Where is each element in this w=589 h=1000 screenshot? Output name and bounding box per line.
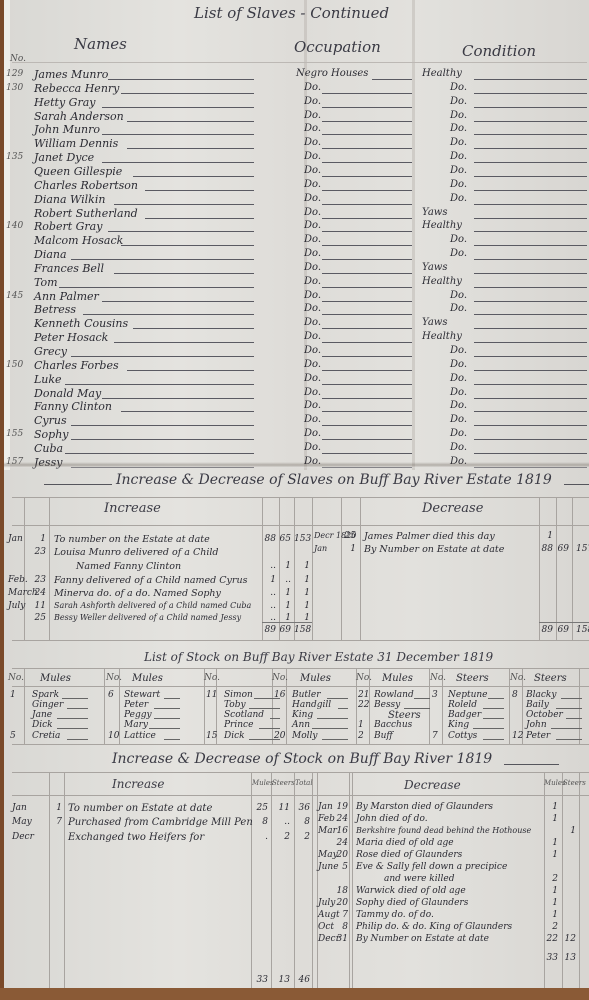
occupation-rule xyxy=(322,176,412,177)
stock-no-header: No. xyxy=(106,673,122,683)
condition-rule xyxy=(474,328,587,329)
entry-value: 153 xyxy=(294,534,310,544)
occupation-rule xyxy=(322,384,412,385)
entry-value: 1 xyxy=(279,588,291,598)
slave-row: 135Janet DyceDo.Do. xyxy=(4,151,589,166)
slave-occupation: Do. xyxy=(304,400,321,411)
names-header: Names xyxy=(74,35,127,53)
name-rule xyxy=(483,739,504,740)
name-rule xyxy=(83,314,254,315)
slave-condition: Do. xyxy=(450,193,467,204)
stock-animal-name: Roleld xyxy=(448,700,477,710)
entry-text: Eve & Sally fell down a precipice xyxy=(356,862,507,872)
stock-number: 5 xyxy=(10,731,16,741)
slave-occupation: Negro Houses xyxy=(296,68,368,79)
title-dash xyxy=(504,764,559,765)
row-rule xyxy=(12,686,589,687)
steers-col-header: Steers xyxy=(563,779,586,787)
stock-animal-name: Cottys xyxy=(448,731,477,741)
slave-row: 155SophyDo.Do. xyxy=(4,428,589,443)
slave-name: Janet Dyce xyxy=(34,151,94,164)
stock-no-header: No. xyxy=(272,673,288,683)
entry-value: 1 xyxy=(262,575,276,585)
stock-animal-name: King xyxy=(448,720,469,730)
entry-value: 69 xyxy=(556,544,569,554)
entry-day: 19 xyxy=(334,802,348,812)
entry-value: 1 xyxy=(562,826,576,836)
stock-animal-name: Baily xyxy=(526,700,549,710)
entry-text: By Number on Estate at date xyxy=(364,544,504,555)
occupation-rule xyxy=(322,287,412,288)
total-value: 158 xyxy=(294,625,310,635)
slaves-increase-header: Increase xyxy=(104,501,161,516)
entry-month: Decr xyxy=(12,832,34,842)
condition-rule xyxy=(474,384,587,385)
entry-day: 24 xyxy=(334,814,348,824)
stock-animal-name: Toby xyxy=(224,700,246,710)
entry-day: 23 xyxy=(28,575,46,585)
entry-day: 20 xyxy=(334,898,348,908)
entry-text: Exchanged two Heifers for xyxy=(68,832,204,843)
total-col-header: Total xyxy=(295,779,313,787)
entry-month: July xyxy=(318,898,335,908)
row-rule xyxy=(12,744,589,745)
occupation-rule xyxy=(322,370,412,371)
name-rule xyxy=(102,107,254,108)
slave-row: Hetty GrayDo.Do. xyxy=(4,96,589,111)
stock-column-header: Steers xyxy=(534,673,567,684)
mules-col-header: Mules xyxy=(252,779,274,787)
stock-number: 12 xyxy=(512,731,523,741)
stock-animal-name: Butler xyxy=(292,690,321,700)
slave-occupation: Do. xyxy=(304,331,321,342)
entry-day: 23 xyxy=(28,547,46,557)
occupation-rule xyxy=(322,148,412,149)
slave-name: Donald May xyxy=(34,387,101,400)
occupation-rule xyxy=(322,398,412,399)
name-rule xyxy=(57,728,88,729)
occupation-rule xyxy=(322,439,412,440)
entry-text: Purchased from Cambridge Mill Pen xyxy=(68,817,253,828)
stock-number: 21 xyxy=(358,690,369,700)
slave-row: Sarah AndersonDo.Do. xyxy=(4,110,589,125)
stock-column-header: Steers xyxy=(456,673,489,684)
name-rule xyxy=(154,718,180,719)
column-rule xyxy=(539,498,540,640)
entry-text: Maria died of old age xyxy=(356,838,454,848)
stock-animal-name: Bacchus xyxy=(374,720,412,730)
slave-occupation: Do. xyxy=(304,165,321,176)
condition-rule xyxy=(474,314,587,315)
slave-row: Donald MayDo.Do. xyxy=(4,387,589,402)
entry-day: 7 xyxy=(334,910,348,920)
stock-decrease-header: Decrease xyxy=(404,778,461,792)
entry-value: 36 xyxy=(294,803,310,813)
slave-occupation: Do. xyxy=(304,220,321,231)
entry-month: Jan xyxy=(314,544,327,553)
name-rule xyxy=(121,93,254,94)
slave-name: Charles Robertson xyxy=(34,179,138,192)
entry-month: Jan xyxy=(12,803,27,813)
entry-day: 25 xyxy=(28,613,46,623)
slave-condition: Healthy xyxy=(422,220,462,231)
entry-value: 1 xyxy=(544,814,558,824)
slaves-inc-dec-title: Increase & Decrease of Slaves on Buff Ba… xyxy=(116,472,552,488)
column-rule xyxy=(360,498,361,640)
condition-rule xyxy=(474,107,587,108)
stock-animal-name: Bessy xyxy=(374,700,400,710)
stock-column-header: Mules xyxy=(300,673,331,684)
condition-rule xyxy=(474,287,587,288)
occupation-rule xyxy=(322,259,412,260)
slave-number: 150 xyxy=(6,360,28,370)
slave-name: Luke xyxy=(34,373,62,386)
total-value: 89 xyxy=(539,625,553,635)
entry-day: 24 xyxy=(28,588,46,598)
entry-month: Oct xyxy=(318,922,334,932)
row-rule xyxy=(12,795,589,796)
stock-number: 8 xyxy=(512,690,518,700)
name-rule xyxy=(414,698,430,699)
table-surface xyxy=(0,988,589,1000)
slave-row: 150Charles ForbesDo.Do. xyxy=(4,359,589,374)
stock-animal-name: John xyxy=(526,720,547,730)
slave-row: Kenneth CousinsDo.Yaws xyxy=(4,317,589,332)
slave-condition: Do. xyxy=(450,137,467,148)
slave-row: Diana WilkinDo.Do. xyxy=(4,193,589,208)
occupation-rule xyxy=(322,245,412,246)
entry-value: 1 xyxy=(279,601,291,611)
total-value: 33 xyxy=(544,953,558,963)
slave-condition: Do. xyxy=(450,400,467,411)
entry-text: Sarah Ashforth delivered of a Child name… xyxy=(54,601,251,610)
occupation-rule xyxy=(372,79,412,80)
name-rule xyxy=(121,245,254,246)
entry-value: 1 xyxy=(294,575,310,585)
name-rule xyxy=(488,698,504,699)
name-rule xyxy=(67,708,88,709)
entry-day: 8 xyxy=(334,922,348,932)
occupation-rule xyxy=(322,453,412,454)
name-rule xyxy=(327,698,348,699)
stock-animal-name: Cretia xyxy=(32,731,60,741)
occupation-rule xyxy=(322,273,412,274)
condition-rule xyxy=(474,439,587,440)
occupation-rule xyxy=(322,301,412,302)
slave-occupation: Do. xyxy=(304,248,321,259)
stock-animal-name: Ginger xyxy=(32,700,63,710)
slave-name: Frances Bell xyxy=(34,262,104,275)
condition-rule xyxy=(474,93,587,94)
name-rule xyxy=(121,411,254,412)
entry-day: 5 xyxy=(334,862,348,872)
slave-number: 129 xyxy=(6,69,28,79)
entry-day: 20 xyxy=(334,850,348,860)
name-rule xyxy=(71,259,254,260)
name-rule xyxy=(249,708,280,709)
entry-value: .. xyxy=(262,561,276,571)
entry-value: 88 xyxy=(262,534,276,544)
slave-condition: Do. xyxy=(450,290,467,301)
slave-name: Queen Gillespie xyxy=(34,165,122,178)
slave-row: Fanny ClintonDo.Do. xyxy=(4,400,589,415)
slave-condition: Do. xyxy=(450,303,467,314)
row-rule xyxy=(12,668,589,669)
entry-value: .. xyxy=(262,588,276,598)
stock-number: 20 xyxy=(274,731,285,741)
slave-condition: Healthy xyxy=(422,68,462,79)
stock-inc-dec-title: Increase & Decrease of Stock on Buff Bay… xyxy=(112,751,492,767)
slave-condition: Do. xyxy=(450,373,467,384)
slave-number: 145 xyxy=(6,291,28,301)
slave-number: 130 xyxy=(6,83,28,93)
entry-value: .. xyxy=(262,601,276,611)
slave-name: William Dennis xyxy=(34,137,118,150)
column-rule xyxy=(312,498,313,640)
slave-condition: Do. xyxy=(450,428,467,439)
slave-number: 135 xyxy=(6,152,28,162)
condition-rule xyxy=(474,342,587,343)
column-rule xyxy=(352,772,353,988)
condition-rule xyxy=(474,259,587,260)
slave-name: Diana xyxy=(34,248,67,261)
entry-text: Bessy Weller delivered of a Child named … xyxy=(54,613,241,622)
occupation-rule xyxy=(322,314,412,315)
stock-animal-name: Scotland xyxy=(224,710,264,720)
slave-row: Frances BellDo.Yaws xyxy=(4,262,589,277)
stock-animal-name: Neptune xyxy=(448,690,488,700)
condition-rule xyxy=(474,176,587,177)
name-rule xyxy=(322,739,348,740)
total-rule xyxy=(539,622,589,623)
entry-value: 22 xyxy=(544,934,558,944)
entry-day: 24 xyxy=(334,838,348,848)
entry-value: .. xyxy=(272,817,290,827)
occupation-rule xyxy=(322,134,412,135)
column-rule xyxy=(349,772,350,988)
slave-condition: Do. xyxy=(450,96,467,107)
name-rule xyxy=(127,148,254,149)
slave-row: 129James MunroNegro HousesHealthy xyxy=(4,68,589,83)
name-rule xyxy=(145,190,254,191)
entry-text: Sophy died of Glaunders xyxy=(356,898,468,908)
row-rule xyxy=(12,497,589,498)
slave-occupation: Do. xyxy=(304,262,321,273)
entry-value: 12 xyxy=(562,934,576,944)
entry-value: 1 xyxy=(539,531,553,541)
stock-animal-name: Ann xyxy=(292,720,310,730)
entry-day: 1 xyxy=(50,803,62,813)
slave-condition: Do. xyxy=(450,110,467,121)
slave-occupation: Do. xyxy=(304,179,321,190)
name-rule xyxy=(114,273,254,274)
entry-value: 88 xyxy=(539,544,553,554)
stock-animal-name: Dick xyxy=(224,731,245,741)
entry-text: Tammy do. of do. xyxy=(356,910,434,920)
title-dash xyxy=(44,484,112,485)
name-rule xyxy=(556,739,582,740)
occupation-rule xyxy=(322,107,412,108)
condition-rule xyxy=(474,121,587,122)
condition-rule xyxy=(474,162,587,163)
entry-text: To number on the Estate at date xyxy=(54,534,210,545)
entry-text: By Marston died of Glaunders xyxy=(356,802,493,812)
name-rule xyxy=(317,718,348,719)
stock-number: 2 xyxy=(358,731,364,741)
stock-number: 11 xyxy=(206,690,217,700)
name-rule xyxy=(71,439,254,440)
entry-month: Feb. xyxy=(8,575,28,585)
entry-value: 2 xyxy=(272,832,290,842)
stock-animal-name: Badger xyxy=(448,710,481,720)
condition-rule xyxy=(474,148,587,149)
slave-name: Malcom Hosack xyxy=(34,234,123,247)
entry-text: Berkshire found dead behind the Hothouse xyxy=(356,826,531,835)
entry-text: Louisa Munro delivered of a Child xyxy=(54,547,219,558)
name-rule xyxy=(133,328,254,329)
name-rule xyxy=(102,134,254,135)
slave-condition: Do. xyxy=(450,414,467,425)
stock-number: 1 xyxy=(358,720,364,730)
stock-number: 7 xyxy=(432,731,438,741)
stock-column-header: Mules xyxy=(40,673,71,684)
row-rule xyxy=(12,525,589,526)
name-rule xyxy=(102,301,254,302)
row-rule xyxy=(12,772,589,773)
entry-text: Fanny delivered of a Child named Cyrus xyxy=(54,575,247,586)
occupation-rule xyxy=(322,162,412,163)
slave-row: CubaDo.Do. xyxy=(4,442,589,457)
entry-value: 25 xyxy=(252,803,268,813)
column-rule xyxy=(24,668,25,744)
condition-rule xyxy=(474,356,587,357)
stock-number: 1 xyxy=(10,690,16,700)
stock-animal-name: Jane xyxy=(32,710,52,720)
row-rule xyxy=(12,640,589,641)
stock-increase-header: Increase xyxy=(112,777,164,791)
stock-number: 22 xyxy=(358,700,369,710)
slave-name: Peter Hosack xyxy=(34,331,108,344)
column-rule xyxy=(64,772,65,988)
entry-value: 1 xyxy=(294,601,310,611)
slave-occupation: Do. xyxy=(304,137,321,148)
condition-rule xyxy=(474,425,587,426)
slave-row: Malcom HosackDo.Do. xyxy=(4,234,589,249)
slave-row: LukeDo.Do. xyxy=(4,373,589,388)
column-rule xyxy=(312,772,313,988)
ledger-page: List of Slaves - Continued Names Occupat… xyxy=(4,0,589,988)
stock-animal-name: Blacky xyxy=(526,690,556,700)
occupation-rule xyxy=(322,342,412,343)
stock-no-header: No. xyxy=(430,673,446,683)
entry-value: 65 xyxy=(279,534,291,544)
entry-value: 157 xyxy=(576,544,589,554)
title-dash xyxy=(564,484,589,485)
slave-occupation: Do. xyxy=(304,428,321,439)
slave-name: Betress xyxy=(34,303,76,316)
entry-value: 2 xyxy=(544,922,558,932)
column-rule xyxy=(556,498,557,640)
name-rule xyxy=(483,708,504,709)
slave-occupation: Do. xyxy=(304,207,321,218)
entry-value: .. xyxy=(279,575,291,585)
entry-month: Jan xyxy=(318,802,333,812)
entry-value: 2 xyxy=(294,832,310,842)
entry-day: 18 xyxy=(334,886,348,896)
slave-number: 140 xyxy=(6,221,28,231)
condition-rule xyxy=(474,301,587,302)
slave-condition: Do. xyxy=(450,345,467,356)
entry-value: 2 xyxy=(544,874,558,884)
fold-crease xyxy=(4,462,589,468)
slave-occupation: Do. xyxy=(304,442,321,453)
entry-text: John died of do. xyxy=(356,814,428,824)
stock-animal-name: Peter xyxy=(124,700,148,710)
entry-month: May xyxy=(12,817,32,827)
total-value: 69 xyxy=(556,625,569,635)
slave-occupation: Do. xyxy=(304,151,321,162)
name-rule xyxy=(71,425,254,426)
slave-name: Grecy xyxy=(34,345,67,358)
slave-row: William DennisDo.Do. xyxy=(4,137,589,152)
name-rule xyxy=(71,356,254,357)
stock-animal-name: Handgill xyxy=(292,700,331,710)
stock-no-header: No. xyxy=(8,673,24,683)
occupation-rule xyxy=(322,121,412,122)
slave-condition: Yaws xyxy=(422,207,447,218)
entry-day: 25 xyxy=(342,531,356,541)
entry-value: .. xyxy=(262,613,276,623)
entry-text: To number on Estate at date xyxy=(68,803,212,814)
stock-animal-name: Spark xyxy=(32,690,59,700)
column-rule xyxy=(341,498,342,640)
slave-condition: Do. xyxy=(450,151,467,162)
stock-number: 10 xyxy=(108,731,119,741)
name-rule xyxy=(114,204,254,205)
entry-value: 1 xyxy=(544,850,558,860)
stock-number: 16 xyxy=(274,690,285,700)
entry-value: 1 xyxy=(294,613,310,623)
stock-animal-name: October xyxy=(526,710,563,720)
name-rule xyxy=(145,218,254,219)
stock-no-header: No. xyxy=(510,673,526,683)
name-rule xyxy=(164,698,180,699)
slave-row: Robert SutherlandDo.Yaws xyxy=(4,207,589,222)
stock-animal-name: Stewart xyxy=(124,690,160,700)
stock-animal-name: Mary xyxy=(124,720,148,730)
stock-animal-name: Buff xyxy=(374,731,393,741)
slave-name: Diana Wilkin xyxy=(34,193,105,206)
name-rule xyxy=(67,739,88,740)
condition-rule xyxy=(474,370,587,371)
slave-name: Cuba xyxy=(34,442,63,455)
condition-rule xyxy=(474,273,587,274)
slave-occupation: Do. xyxy=(304,317,321,328)
occupation-rule xyxy=(322,411,412,412)
occupation-rule xyxy=(322,356,412,357)
name-rule xyxy=(149,728,180,729)
slave-occupation: Do. xyxy=(304,414,321,425)
slave-name: Robert Gray xyxy=(34,220,102,233)
entry-text: James Palmer died this day xyxy=(364,531,495,542)
name-rule xyxy=(164,739,180,740)
slave-condition: Do. xyxy=(450,123,467,134)
slave-row: CyrusDo.Do. xyxy=(4,414,589,429)
entry-value: 1 xyxy=(544,802,558,812)
condition-rule xyxy=(474,134,587,135)
occupation-rule xyxy=(322,218,412,219)
slave-name: Sarah Anderson xyxy=(34,110,124,123)
